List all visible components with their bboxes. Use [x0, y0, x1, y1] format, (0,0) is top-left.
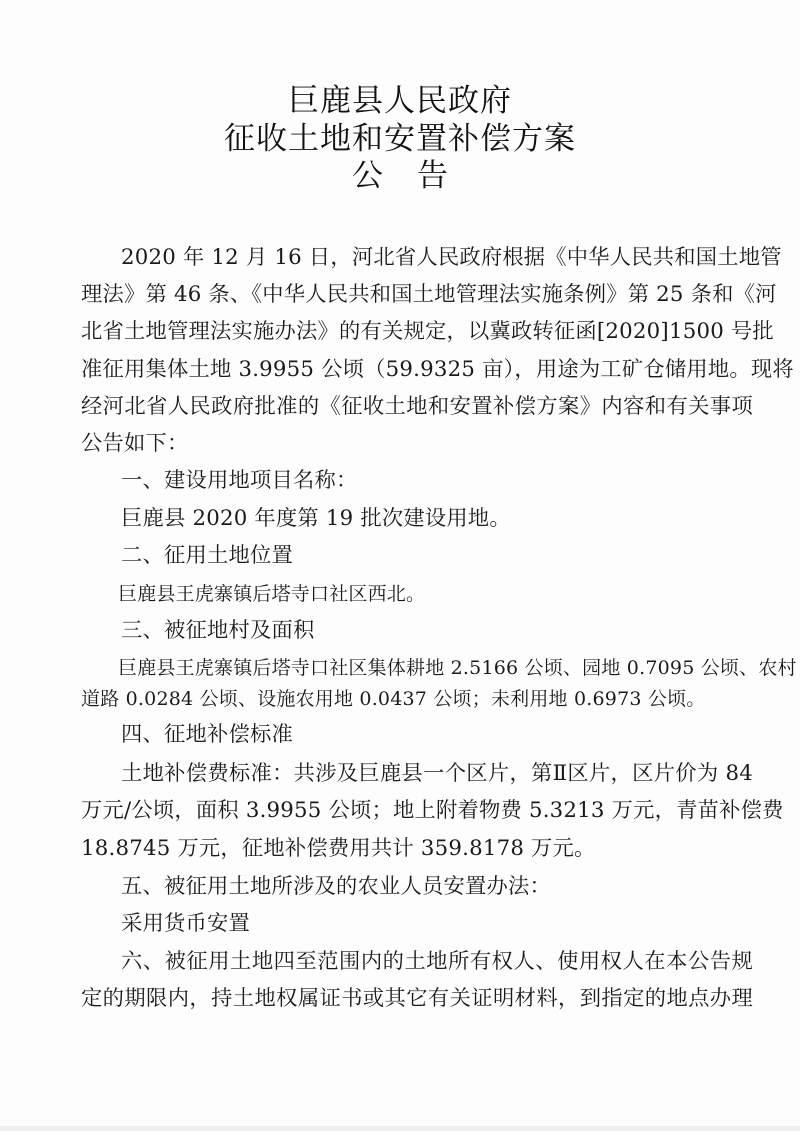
section-heading: 六、被征用土地四至范围内的土地所有权人、使用权人在本公告规 [121, 949, 753, 975]
section-body: 万元/公顷，面积 3.9955 公顷；地上附着物费 5.3213 万元，青苗补偿… [81, 798, 753, 824]
intro-line: 2020 年 12 月 16 日，河北省人民政府根据《中华人民共和国土地管 [121, 245, 753, 271]
section-body: 巨鹿县王虎寨镇后塔寺口社区集体耕地 2.5166 公顷、园地 0.7095 公顷… [118, 655, 753, 681]
section-heading: 四、征地补偿标准 [121, 722, 293, 748]
document-page: 巨鹿县人民政府 征收土地和安置补偿方案 公告 2020 年 12 月 16 日，… [0, 0, 800, 1131]
section-body: 巨鹿县 2020 年度第 19 批次建设用地。 [121, 506, 511, 532]
intro-line: 公告如下： [81, 431, 189, 457]
section-body: 采用货币安置 [121, 911, 250, 937]
section-body: 土地补偿费标准：共涉及巨鹿县一个区片，第Ⅱ区片，区片价为 84 [121, 761, 753, 787]
intro-line: 准征用集体土地 3.9955 公顷（59.9325 亩），用途为工矿仓储用地。现… [81, 357, 753, 383]
title-issuer: 巨鹿县人民政府 [0, 82, 800, 120]
section-body: 巨鹿县王虎寨镇后塔寺口社区西北。 [118, 581, 425, 607]
intro-line: 经河北省人民政府批准的《征收土地和安置补偿方案》内容和有关事项 [81, 394, 753, 420]
section-heading: 三、被征地村及面积 [121, 618, 314, 644]
title-subject: 征收土地和安置补偿方案 [0, 120, 800, 158]
title-notice-char1: 公 [352, 158, 383, 194]
section-heading: 五、被征用土地所涉及的农业人员安置办法： [121, 874, 551, 900]
intro-line: 北省土地管理法实施办法》的有关规定，以冀政转征函[2020]1500 号批 [81, 319, 753, 345]
page-edge [0, 1126, 800, 1131]
section-body: 18.8745 万元，征地补偿费用共计 359.8178 万元。 [81, 836, 596, 862]
title-notice-char2: 告 [417, 158, 448, 194]
title-notice: 公告 [0, 157, 800, 195]
section-body: 定的期限内，持土地权属证书或其它有关证明材料，到指定的地点办理 [81, 986, 753, 1012]
section-body: 道路 0.0284 公顷、设施农用地 0.0437 公顷；未利用地 0.6973… [81, 686, 705, 712]
intro-line: 理法》第 46 条、《中华人民共和国土地管理法实施条例》第 25 条和《河 [81, 282, 753, 308]
section-heading: 二、征用土地位置 [121, 543, 293, 569]
section-heading: 一、建设用地项目名称： [121, 468, 357, 494]
